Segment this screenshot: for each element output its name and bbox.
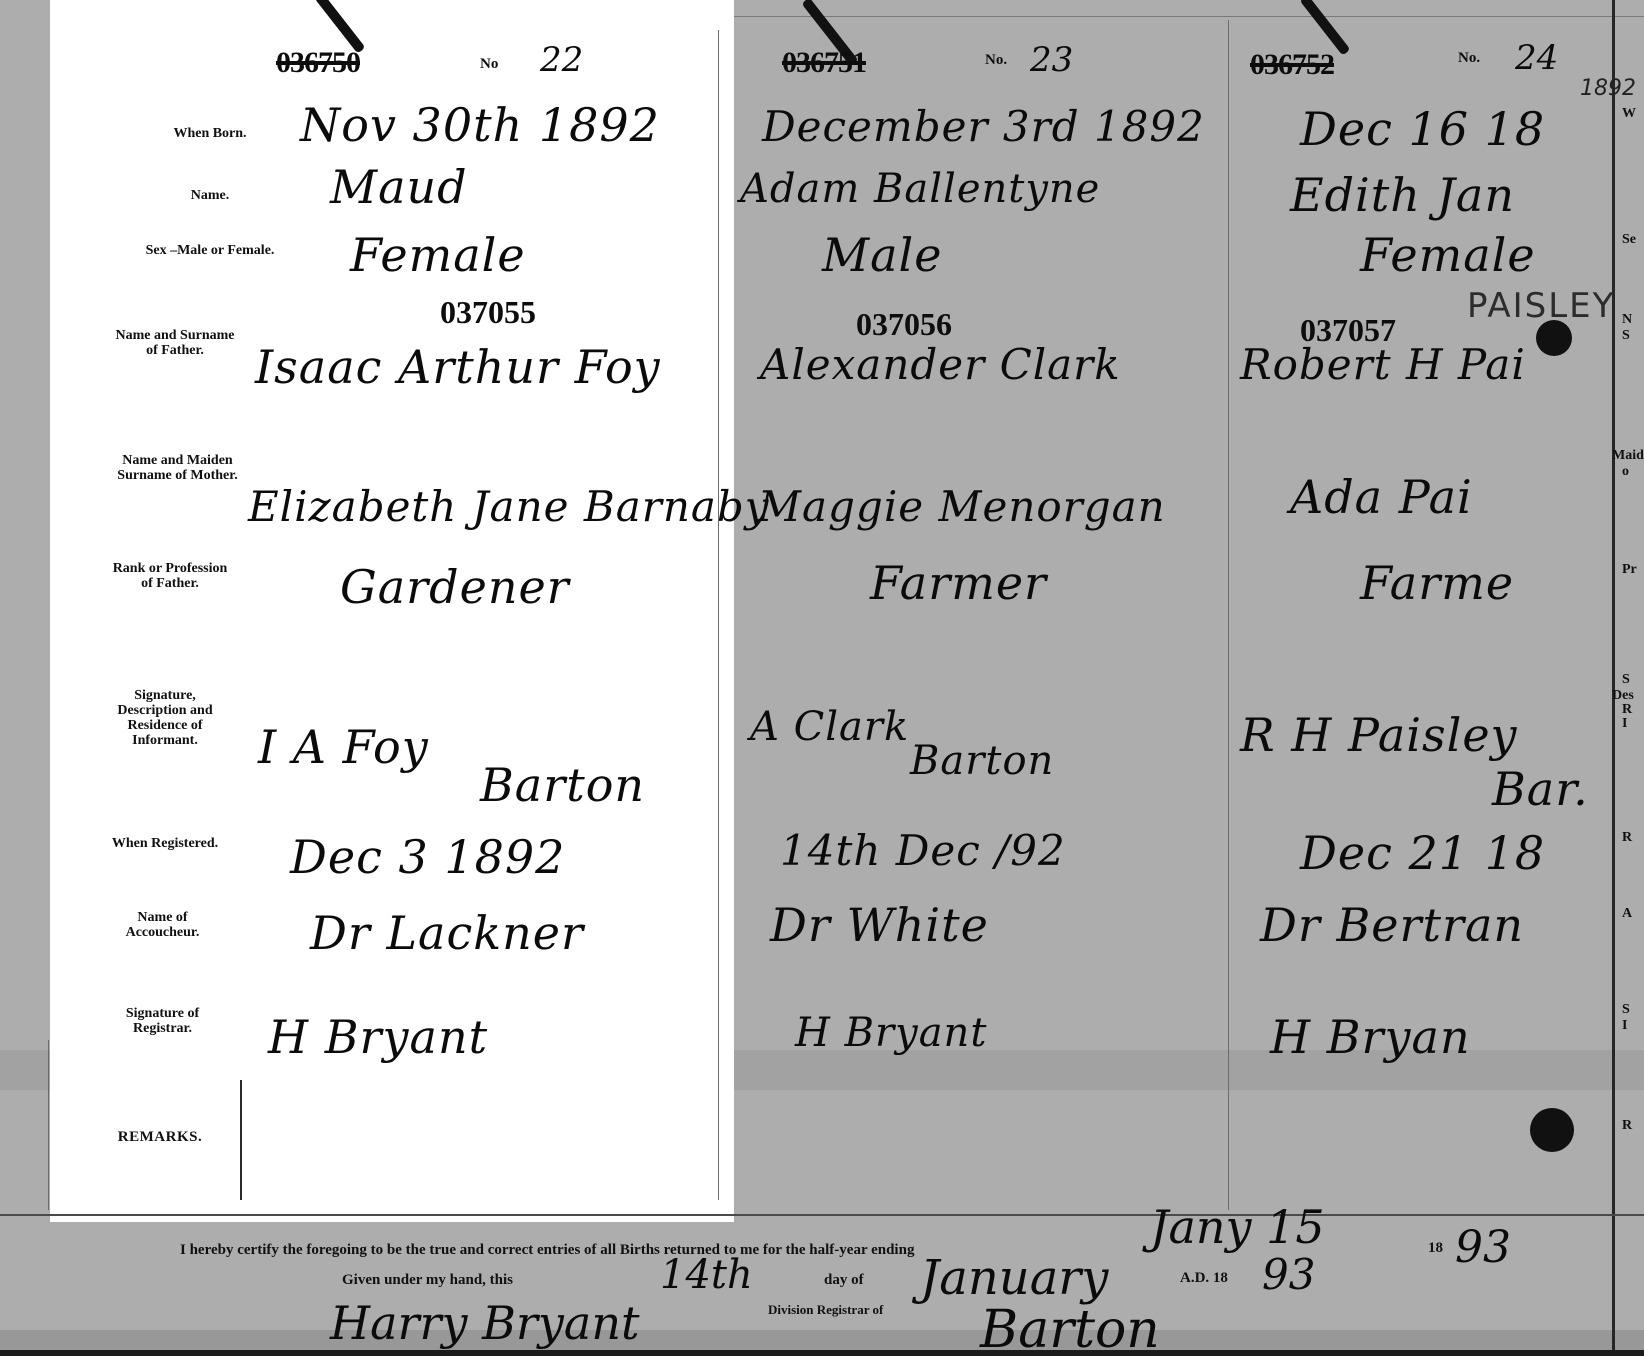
table-bottom-rule bbox=[0, 1214, 1644, 1216]
top-rule bbox=[734, 16, 1644, 17]
mother-name: Elizabeth Jane Barnaby bbox=[248, 482, 770, 531]
label-informant: Signature, Description and Residence of … bbox=[100, 688, 230, 748]
mother-name: Maggie Menorgan bbox=[758, 482, 1166, 531]
register-page: When Born. Name. Sex –Male or Female. Na… bbox=[0, 0, 1644, 1356]
child-name: Adam Ballentyne bbox=[740, 166, 1100, 212]
label-when-born: When Born. bbox=[100, 126, 320, 141]
registrar-signature: H Bryan bbox=[1270, 1010, 1471, 1064]
label-sex: Sex –Male or Female. bbox=[110, 243, 310, 258]
when-registered: Dec 21 18 bbox=[1300, 826, 1545, 880]
given-text: Given under my hand, this bbox=[342, 1272, 513, 1289]
old-serial: 036751 bbox=[782, 46, 866, 80]
certify-text: I hereby certify the foregoing to be the… bbox=[180, 1242, 914, 1259]
ink-blot bbox=[1536, 320, 1572, 356]
informant-name: R H Paisley bbox=[1240, 708, 1518, 762]
father-profession: Farme bbox=[1360, 556, 1514, 610]
edge-label: N bbox=[1622, 312, 1632, 328]
ad-text: A.D. 18 bbox=[1180, 1270, 1228, 1287]
ink-blot bbox=[1530, 1108, 1574, 1152]
label-father-profession: Rank or Profession of Father. bbox=[110, 561, 230, 591]
when-registered: Dec 3 1892 bbox=[290, 830, 565, 884]
father-profession: Farmer bbox=[870, 556, 1047, 610]
sex: Male bbox=[822, 228, 942, 282]
informant-residence: Barton bbox=[910, 738, 1054, 784]
edge-label: o bbox=[1622, 464, 1629, 480]
old-serial: 036750 bbox=[276, 46, 360, 80]
accoucheur: Dr Lackner bbox=[310, 906, 584, 960]
child-name: Maud bbox=[330, 160, 468, 214]
when-registered: 14th Dec /92 bbox=[780, 826, 1066, 875]
accoucheur: Dr Bertran bbox=[1260, 898, 1524, 952]
column-divider-23-24 bbox=[1228, 20, 1229, 1210]
edge-label: S bbox=[1622, 1002, 1630, 1018]
paisley-stamp: PAISLEY bbox=[1467, 286, 1615, 326]
no-label: No bbox=[480, 56, 498, 73]
edge-label: I bbox=[1622, 716, 1627, 732]
label-registrar-signature: Signature of Registrar. bbox=[105, 1006, 220, 1036]
bottom-edge bbox=[0, 1350, 1644, 1356]
edge-label: W bbox=[1622, 106, 1636, 122]
registrar-signature: H Bryant bbox=[268, 1010, 488, 1064]
day-of-text: day of bbox=[824, 1272, 864, 1289]
half-year-ending-date: Jany 15 bbox=[1150, 1200, 1325, 1254]
no-label: No. bbox=[985, 52, 1007, 69]
label-remarks: REMARKS. bbox=[80, 1130, 240, 1145]
when-born: Dec 16 18 bbox=[1300, 102, 1545, 156]
year-suffix: 93 bbox=[1455, 1222, 1511, 1273]
registrar-full-signature: Harry Bryant bbox=[330, 1296, 639, 1350]
label-name: Name. bbox=[100, 188, 320, 203]
label-father: Name and Surname of Father. bbox=[110, 328, 240, 358]
informant-name: I A Foy bbox=[258, 720, 429, 774]
division-registrar-text: Division Registrar of bbox=[768, 1302, 883, 1318]
year-prefix: 18 bbox=[1428, 1240, 1443, 1257]
informant-residence: Bar. bbox=[1492, 762, 1589, 816]
sex: Female bbox=[1360, 228, 1536, 282]
remarks-divider bbox=[240, 1080, 242, 1200]
edge-label: I bbox=[1622, 1018, 1627, 1034]
accoucheur: Dr White bbox=[770, 898, 989, 952]
sex: Female bbox=[350, 228, 526, 282]
father-profession: Gardener bbox=[340, 560, 570, 614]
division-value: Barton bbox=[980, 1300, 1160, 1356]
new-serial: 037055 bbox=[440, 294, 536, 331]
edge-label: A bbox=[1622, 906, 1632, 922]
edge-label: Pr bbox=[1622, 562, 1637, 578]
month-value: January bbox=[920, 1250, 1108, 1306]
mother-name: Ada Pai bbox=[1290, 470, 1473, 524]
year-annotation: 1892 bbox=[1580, 76, 1636, 101]
father-name: Isaac Arthur Foy bbox=[255, 340, 661, 394]
page-edge-divider bbox=[1612, 0, 1615, 1356]
day-value: 14th bbox=[660, 1252, 753, 1298]
registrar-signature: H Bryant bbox=[795, 1010, 987, 1056]
label-accoucheur: Name of Accoucheur. bbox=[110, 910, 215, 940]
old-serial: 036752 bbox=[1250, 48, 1334, 82]
edge-label: Se bbox=[1622, 232, 1636, 248]
when-born: Nov 30th 1892 bbox=[300, 98, 660, 152]
entry-number: 24 bbox=[1515, 38, 1558, 78]
edge-label: R bbox=[1622, 1118, 1632, 1134]
child-name: Edith Jan bbox=[1290, 168, 1515, 222]
column-divider-22-23 bbox=[718, 30, 719, 1200]
informant-residence: Barton bbox=[480, 758, 645, 812]
edge-label: S bbox=[1622, 672, 1630, 688]
when-born: December 3rd 1892 bbox=[762, 102, 1205, 151]
edge-label: R bbox=[1622, 830, 1632, 846]
label-mother: Name and Maiden Surname of Mother. bbox=[110, 453, 245, 483]
ad-year-suffix: 93 bbox=[1262, 1250, 1315, 1299]
new-serial: 037056 bbox=[856, 306, 952, 343]
father-name: Robert H Pai bbox=[1240, 340, 1526, 389]
label-when-registered: When Registered. bbox=[110, 836, 220, 851]
informant-name: A Clark bbox=[750, 704, 909, 750]
entry-number: 23 bbox=[1030, 40, 1073, 80]
father-name: Alexander Clark bbox=[760, 340, 1121, 389]
edge-label: Maid bbox=[1612, 448, 1644, 464]
column-divider-left bbox=[48, 1040, 49, 1210]
entry-number: 22 bbox=[540, 40, 583, 80]
no-label: No. bbox=[1458, 50, 1480, 67]
edge-label: S bbox=[1622, 328, 1630, 344]
